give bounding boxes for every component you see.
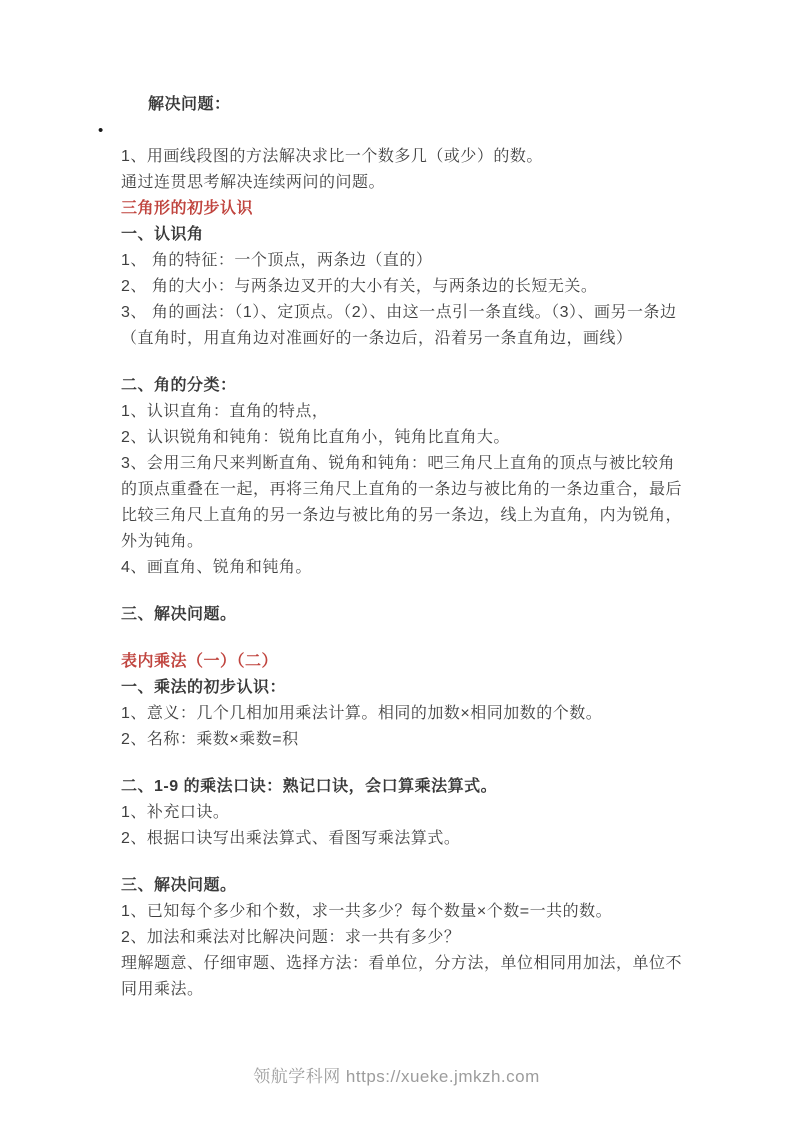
document-content: 解决问题：•1、用画线段图的方法解决求比一个数多几（或少）的数。通过连贯思考解决… bbox=[121, 92, 683, 1003]
chapter-heading: 三角形的初步认识 bbox=[121, 196, 683, 222]
paragraph: 2、加法和乘法对比解决问题：求一共有多少？ bbox=[121, 925, 683, 951]
paragraph: 2、 角的大小：与两条边叉开的大小有关，与两条边的长短无关。 bbox=[121, 274, 683, 300]
list-bullet: • bbox=[98, 118, 683, 144]
paragraph-spacer bbox=[121, 352, 683, 373]
paragraph: 1、用画线段图的方法解决求比一个数多几（或少）的数。 bbox=[121, 144, 683, 170]
paragraph-spacer bbox=[121, 628, 683, 649]
paragraph: 2、根据口诀写出乘法算式、看图写乘法算式。 bbox=[121, 826, 683, 852]
section-heading: 二、1-9 的乘法口诀：熟记口诀，会口算乘法算式。 bbox=[121, 774, 683, 800]
section-heading: 三、解决问题。 bbox=[121, 873, 683, 899]
document-page: 解决问题：•1、用画线段图的方法解决求比一个数多几（或少）的数。通过连贯思考解决… bbox=[0, 0, 793, 1122]
paragraph: 2、名称：乘数×乘数=积 bbox=[121, 727, 683, 753]
paragraph-spacer bbox=[121, 852, 683, 873]
section-heading: 一、乘法的初步认识： bbox=[121, 675, 683, 701]
paragraph: 2、认识锐角和钝角：锐角比直角小，钝角比直角大。 bbox=[121, 425, 683, 451]
watermark-text: 领航学科网 https://xueke.jmkzh.com bbox=[253, 1067, 540, 1086]
paragraph: 1、补充口诀。 bbox=[121, 800, 683, 826]
paragraph-spacer bbox=[121, 581, 683, 602]
section-heading: 一、认识角 bbox=[121, 222, 683, 248]
paragraph: 理解题意、仔细审题、选择方法：看单位，分方法，单位相同用加法，单位不同用乘法。 bbox=[121, 951, 683, 1003]
paragraph: 1、已知每个多少和个数，求一共多少？每个数量×个数=一共的数。 bbox=[121, 899, 683, 925]
paragraph-spacer bbox=[121, 753, 683, 774]
chapter-heading: 表内乘法（一）（二） bbox=[121, 649, 683, 675]
section-heading: 二、角的分类： bbox=[121, 373, 683, 399]
section-heading: 解决问题： bbox=[121, 92, 683, 118]
section-heading: 三、解决问题。 bbox=[121, 602, 683, 628]
paragraph: 3、会用三角尺来判断直角、锐角和钝角：吧三角尺上直角的顶点与被比较角的顶点重叠在… bbox=[121, 451, 683, 555]
footer-watermark: 领航学科网 https://xueke.jmkzh.com bbox=[0, 1064, 793, 1090]
paragraph: 3、 角的画法：（1）、定顶点。（2）、由这一点引一条直线。（3）、画另一条边（… bbox=[121, 300, 683, 352]
paragraph: 1、意义：几个几相加用乘法计算。相同的加数×相同加数的个数。 bbox=[121, 701, 683, 727]
paragraph: 1、 角的特征：一个顶点，两条边（直的） bbox=[121, 248, 683, 274]
paragraph: 1、认识直角：直角的特点， bbox=[121, 399, 683, 425]
paragraph: 通过连贯思考解决连续两问的问题。 bbox=[121, 170, 683, 196]
paragraph: 4、画直角、锐角和钝角。 bbox=[121, 555, 683, 581]
